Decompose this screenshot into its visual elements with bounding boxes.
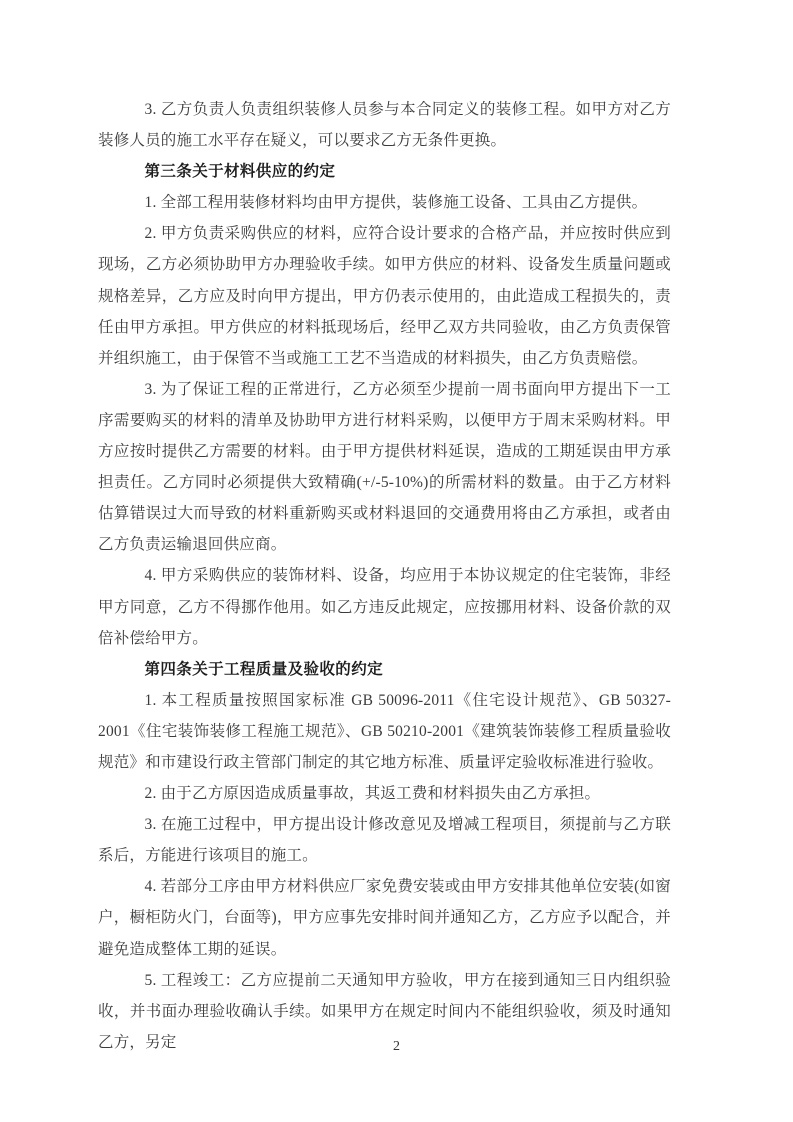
- page-number: 2: [393, 1039, 400, 1054]
- contract-paragraph: 2. 甲方负责采购供应的材料，应符合设计要求的合格产品，并应按时供应到现场，乙方…: [98, 218, 671, 373]
- contract-paragraph: 1. 本工程质量按照国家标准 GB 50096-2011《住宅设计规范》、GB …: [98, 685, 671, 778]
- section-heading: 第三条关于材料供应的约定: [98, 156, 671, 187]
- contract-paragraph: 4. 若部分工序由甲方材料供应厂家免费安装或由甲方安排其他单位安装(如窗户，橱柜…: [98, 871, 671, 964]
- contract-page: 3. 乙方负责人负责组织装修人员参与本合同定义的装修工程。如甲方对乙方装修人员的…: [0, 0, 793, 1122]
- contract-paragraph: 1. 全部工程用装修材料均由甲方提供，装修施工设备、工具由乙方提供。: [98, 187, 671, 218]
- page-footer: 2: [0, 1036, 793, 1058]
- section-heading: 第四条关于工程质量及验收的约定: [98, 654, 671, 685]
- document-body: 3. 乙方负责人负责组织装修人员参与本合同定义的装修工程。如甲方对乙方装修人员的…: [98, 94, 671, 1058]
- contract-paragraph: 2. 由于乙方原因造成质量事故，其返工费和材料损失由乙方承担。: [98, 778, 671, 809]
- contract-paragraph: 4. 甲方采购供应的装饰材料、设备，均应用于本协议规定的住宅装饰，非经甲方同意，…: [98, 560, 671, 653]
- contract-paragraph: 3. 为了保证工程的正常进行，乙方必须至少提前一周书面向甲方提出下一工序需要购买…: [98, 374, 671, 561]
- contract-paragraph: 3. 乙方负责人负责组织装修人员参与本合同定义的装修工程。如甲方对乙方装修人员的…: [98, 94, 671, 156]
- contract-paragraph: 3. 在施工过程中，甲方提出设计修改意见及增减工程项目，须提前与乙方联系后，方能…: [98, 809, 671, 871]
